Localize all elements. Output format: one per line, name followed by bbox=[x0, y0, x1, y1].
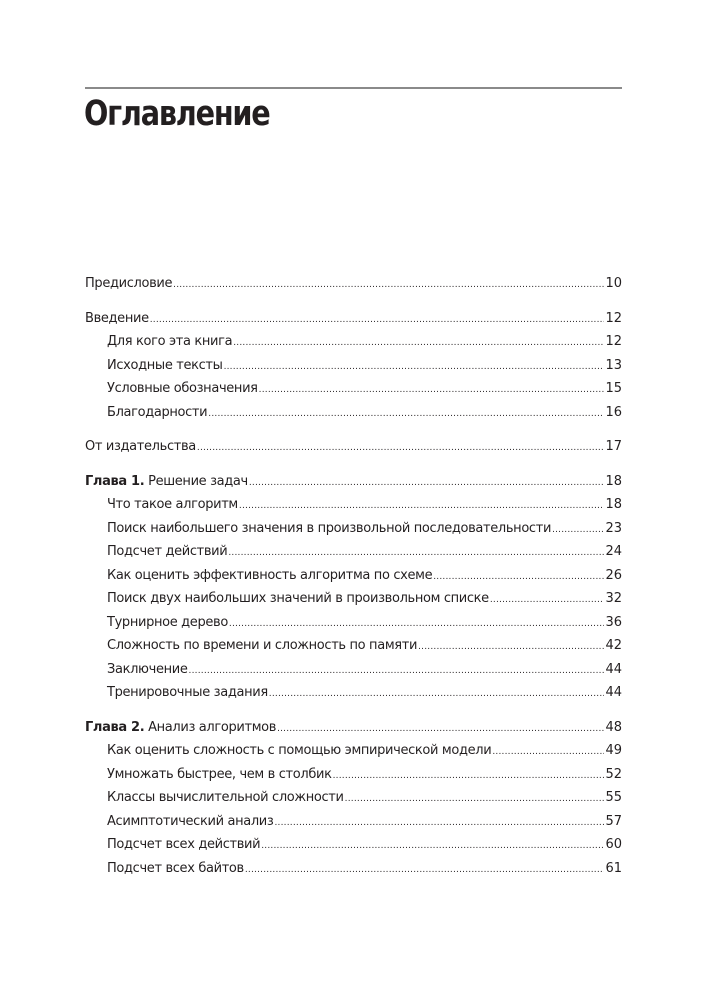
toc-entry-label: Поиск наибольшего значения в произвольно… bbox=[107, 517, 551, 541]
page-number: 18 bbox=[605, 470, 622, 494]
page-number: 48 bbox=[605, 716, 622, 740]
toc-entry[interactable]: Предисловие10 bbox=[85, 272, 622, 296]
toc-subentry[interactable]: Условные обозначения15 bbox=[85, 377, 622, 401]
page-number: 44 bbox=[605, 658, 622, 682]
toc-entry-label: Подсчет всех действий bbox=[107, 833, 260, 857]
toc-entry-label: Сложность по времени и сложность по памя… bbox=[107, 634, 417, 658]
entry-title: Введение bbox=[85, 311, 149, 326]
page-number: 23 bbox=[605, 517, 622, 541]
toc-subentry[interactable]: Тренировочные задания44 bbox=[85, 681, 622, 705]
entry-title: Как оценить сложность с помощью эмпириче… bbox=[107, 743, 491, 758]
entry-title: Подсчет действий bbox=[107, 544, 227, 559]
toc-entry-label: Условные обозначения bbox=[107, 377, 258, 401]
page-number: 61 bbox=[605, 857, 622, 881]
toc-entry-label: Подсчет всех байтов bbox=[107, 857, 244, 881]
page-number: 44 bbox=[605, 681, 622, 705]
toc-entry[interactable]: Введение12 bbox=[85, 307, 622, 331]
dot-leader bbox=[261, 835, 604, 859]
dot-leader bbox=[259, 379, 605, 403]
page-number: 10 bbox=[605, 272, 622, 296]
entry-title: Решение задач bbox=[148, 474, 248, 489]
toc-entry-label: Глава 1. Решение задач bbox=[85, 470, 248, 494]
toc-entry-label: Умножать быстрее, чем в столбик bbox=[107, 763, 332, 787]
page-number: 15 bbox=[605, 377, 622, 401]
toc-subentry[interactable]: Сложность по времени и сложность по памя… bbox=[85, 634, 622, 658]
entry-title: Как оценить эффективность алгоритма по с… bbox=[107, 568, 432, 583]
toc-entry-label: Исходные тексты bbox=[107, 354, 223, 378]
dot-leader bbox=[277, 718, 604, 742]
toc-subentry[interactable]: Классы вычислительной сложности55 bbox=[85, 786, 622, 810]
page-number: 24 bbox=[605, 540, 622, 564]
page-number: 36 bbox=[605, 611, 622, 635]
chapter-number: Глава 2. bbox=[85, 720, 144, 735]
chapter-number: Глава 1. bbox=[85, 474, 144, 489]
dot-leader bbox=[197, 437, 605, 461]
toc-entry-label: Благодарности bbox=[107, 401, 207, 425]
toc-entry-label: Что такое алгоритм bbox=[107, 493, 238, 517]
dot-leader bbox=[433, 566, 604, 590]
toc-entry-label: Асимптотический анализ bbox=[107, 810, 273, 834]
toc-subentry[interactable]: Турнирное дерево36 bbox=[85, 611, 622, 635]
dot-leader bbox=[239, 495, 605, 519]
page-number: 57 bbox=[605, 810, 622, 834]
toc-subentry[interactable]: Заключение44 bbox=[85, 658, 622, 682]
toc-subentry[interactable]: Подсчет всех байтов61 bbox=[85, 857, 622, 881]
toc-subentry[interactable]: Исходные тексты13 bbox=[85, 354, 622, 378]
header-rule bbox=[85, 87, 622, 89]
entry-title: Благодарности bbox=[107, 405, 207, 420]
toc-subentry[interactable]: Как оценить сложность с помощью эмпириче… bbox=[85, 739, 622, 763]
entry-title: Сложность по времени и сложность по памя… bbox=[107, 638, 417, 653]
page-number: 12 bbox=[605, 307, 622, 331]
page-title: Оглавление bbox=[84, 94, 270, 134]
toc-entry-label: От издательства bbox=[85, 435, 196, 459]
page-number: 16 bbox=[605, 401, 622, 425]
entry-title: Тренировочные задания bbox=[107, 685, 268, 700]
entry-title: Предисловие bbox=[85, 276, 172, 291]
dot-leader bbox=[269, 683, 605, 707]
dot-leader bbox=[552, 519, 604, 543]
page-number: 12 bbox=[605, 330, 622, 354]
dot-leader bbox=[150, 309, 605, 333]
toc-subentry[interactable]: Что такое алгоритм18 bbox=[85, 493, 622, 517]
toc-subentry[interactable]: Умножать быстрее, чем в столбик52 bbox=[85, 763, 622, 787]
entry-title: Асимптотический анализ bbox=[107, 814, 273, 829]
dot-leader bbox=[274, 812, 604, 836]
page-number: 60 bbox=[605, 833, 622, 857]
toc-subentry[interactable]: Подсчет действий24 bbox=[85, 540, 622, 564]
page-number: 32 bbox=[605, 587, 622, 611]
dot-leader bbox=[228, 542, 604, 566]
entry-title: От издательства bbox=[85, 439, 196, 454]
dot-leader bbox=[418, 636, 604, 660]
entry-title: Подсчет всех байтов bbox=[107, 861, 244, 876]
entry-title: Турнирное дерево bbox=[107, 615, 228, 630]
toc-subentry[interactable]: Для кого эта книга12 bbox=[85, 330, 622, 354]
toc-entry-label: Глава 2. Анализ алгоритмов bbox=[85, 716, 276, 740]
dot-leader bbox=[249, 472, 605, 496]
entry-title: Подсчет всех действий bbox=[107, 837, 260, 852]
dot-leader bbox=[229, 613, 605, 637]
toc-entry-label: Поиск двух наибольших значений в произво… bbox=[107, 587, 489, 611]
dot-leader bbox=[224, 356, 605, 380]
entry-title: Поиск двух наибольших значений в произво… bbox=[107, 591, 489, 606]
toc-entry-label: Как оценить эффективность алгоритма по с… bbox=[107, 564, 432, 588]
toc-subentry[interactable]: Поиск наибольшего значения в произвольно… bbox=[85, 517, 622, 541]
toc-subentry[interactable]: Поиск двух наибольших значений в произво… bbox=[85, 587, 622, 611]
toc-chapter-entry[interactable]: Глава 1. Решение задач18 bbox=[85, 470, 622, 494]
dot-leader bbox=[492, 741, 604, 765]
toc-entry-label: Для кого эта книга bbox=[107, 330, 232, 354]
page-number: 13 bbox=[605, 354, 622, 378]
page-number: 55 bbox=[605, 786, 622, 810]
entry-title: Условные обозначения bbox=[107, 381, 258, 396]
dot-leader bbox=[233, 332, 604, 356]
page-number: 26 bbox=[605, 564, 622, 588]
toc-subentry[interactable]: Асимптотический анализ57 bbox=[85, 810, 622, 834]
page-number: 49 bbox=[605, 739, 622, 763]
entry-title: Классы вычислительной сложности bbox=[107, 790, 344, 805]
entry-title: Умножать быстрее, чем в столбик bbox=[107, 767, 332, 782]
entry-title: Что такое алгоритм bbox=[107, 497, 238, 512]
toc-entry-label: Как оценить сложность с помощью эмпириче… bbox=[107, 739, 491, 763]
toc-chapter-entry[interactable]: Глава 2. Анализ алгоритмов48 bbox=[85, 716, 622, 740]
dot-leader bbox=[490, 589, 605, 613]
toc-entry-label: Введение bbox=[85, 307, 149, 331]
entry-title: Исходные тексты bbox=[107, 358, 223, 373]
dot-leader bbox=[189, 660, 605, 684]
page-number: 18 bbox=[605, 493, 622, 517]
entry-title: Заключение bbox=[107, 662, 188, 677]
toc-entry[interactable]: От издательства17 bbox=[85, 435, 622, 459]
page-number: 52 bbox=[605, 763, 622, 787]
toc-subentry[interactable]: Подсчет всех действий60 bbox=[85, 833, 622, 857]
toc-subentry[interactable]: Благодарности16 bbox=[85, 401, 622, 425]
entry-title: Поиск наибольшего значения в произвольно… bbox=[107, 521, 551, 536]
toc-entry-label: Предисловие bbox=[85, 272, 172, 296]
dot-leader bbox=[208, 403, 604, 427]
toc-entry-label: Турнирное дерево bbox=[107, 611, 228, 635]
toc-entry-label: Классы вычислительной сложности bbox=[107, 786, 344, 810]
toc-entry-label: Тренировочные задания bbox=[107, 681, 268, 705]
entry-title: Для кого эта книга bbox=[107, 334, 232, 349]
toc-subentry[interactable]: Как оценить эффективность алгоритма по с… bbox=[85, 564, 622, 588]
dot-leader bbox=[245, 859, 605, 883]
page-number: 17 bbox=[605, 435, 622, 459]
entry-title: Анализ алгоритмов bbox=[148, 720, 276, 735]
page-number: 42 bbox=[605, 634, 622, 658]
table-of-contents: Предисловие10Введение12Для кого эта книг… bbox=[85, 272, 622, 880]
dot-leader bbox=[345, 788, 605, 812]
dot-leader bbox=[333, 765, 605, 789]
toc-entry-label: Заключение bbox=[107, 658, 188, 682]
dot-leader bbox=[173, 274, 604, 298]
toc-entry-label: Подсчет действий bbox=[107, 540, 227, 564]
